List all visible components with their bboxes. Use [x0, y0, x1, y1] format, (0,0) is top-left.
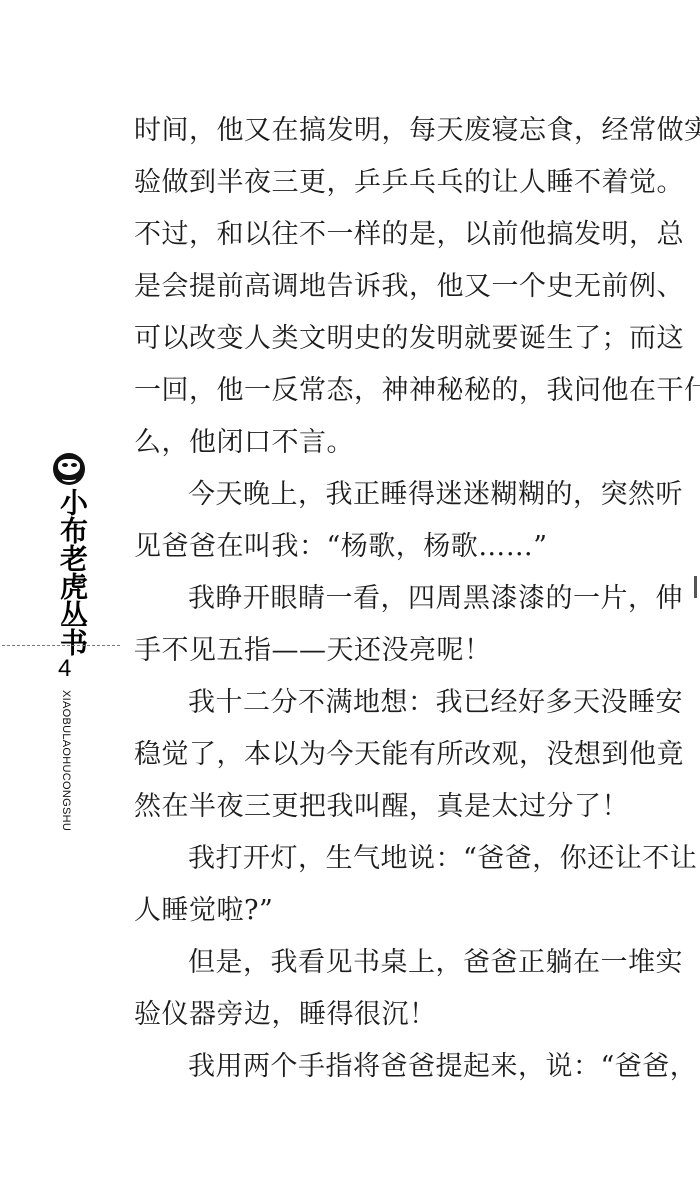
series-pinyin: XIAOBULAOHUCONGSHU	[60, 690, 72, 831]
logo-mouth	[62, 476, 76, 482]
tiger-face-logo-icon	[53, 453, 85, 485]
text-line: 但是，我看见书桌上，爸爸正躺在一堆实	[188, 938, 683, 988]
book-sidebar: 小布老虎丛书 4 XIAOBULAOHUCONGSHU	[0, 0, 130, 1183]
text-line: 一回，他一反常态，神神秘秘的，我问他在干什	[134, 366, 700, 416]
text-line: 见爸爸在叫我：“杨歌，杨歌……”	[134, 522, 548, 572]
text-line: 验做到半夜三更，乒乒乓乓的让人睡不着觉。	[134, 158, 684, 208]
text-line: 么，他闭口不言。	[134, 418, 354, 468]
text-line: 是会提前高调地告诉我，他又一个史无前例、	[134, 262, 684, 312]
dashed-divider	[2, 645, 120, 646]
logo-eye-right	[71, 463, 77, 467]
text-line: 不过，和以往不一样的是，以前他搞发明，总	[134, 210, 684, 260]
text-line: 时间，他又在搞发明，每天废寝忘食，经常做实	[134, 106, 700, 156]
page-edge-mark	[694, 576, 697, 598]
text-line: 稳觉了，本以为今天能有所改观，没想到他竟	[134, 730, 684, 780]
text-line: 手不见五指——天还没亮呢！	[134, 626, 492, 676]
text-line: 可以改变人类文明史的发明就要诞生了；而这	[134, 314, 684, 364]
text-line: 我十二分不满地想：我已经好多天没睡安	[188, 678, 683, 728]
text-line: 我睁开眼睛一看，四周黑漆漆的一片，伸	[188, 574, 683, 624]
series-title: 小布老虎丛书	[52, 488, 86, 656]
logo-eye-left	[62, 463, 68, 467]
text-line: 然在半夜三更把我叫醒，真是太过分了！	[134, 782, 629, 832]
text-line: 我用两个手指将爸爸提起来，说：“爸爸，	[188, 1042, 697, 1092]
text-line: 人睡觉啦?”	[134, 886, 273, 936]
text-line: 我打开灯，生气地说：“爸爸，你还让不让	[188, 834, 697, 884]
text-line: 今天晚上，我正睡得迷迷糊糊的，突然听	[188, 470, 683, 520]
text-line: 验仪器旁边，睡得很沉！	[134, 990, 437, 1040]
logo-face	[58, 459, 80, 475]
page-number: 4	[58, 655, 71, 683]
